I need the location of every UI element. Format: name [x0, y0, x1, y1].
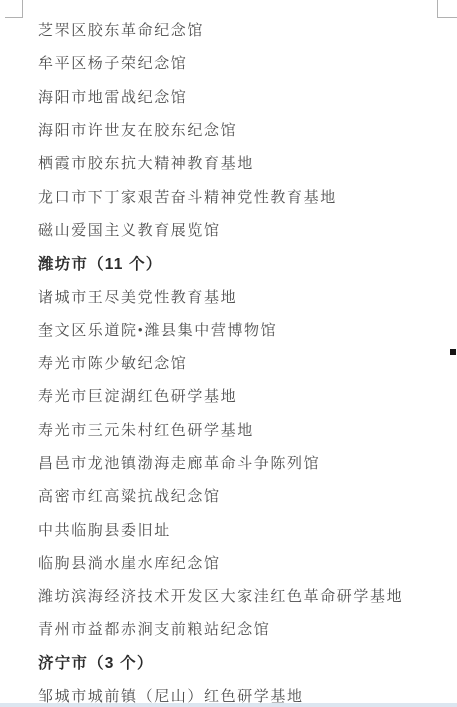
text-boundary-corner-left-icon — [5, 0, 23, 18]
list-item: 奎文区乐道院•潍县集中营博物馆 — [38, 313, 457, 346]
list-item: 昌邑市龙池镇渤海走廊革命斗争陈列馆 — [38, 446, 457, 479]
list-item: 寿光市巨淀湖红色研学基地 — [38, 379, 457, 412]
list-item: 栖霞市胶东抗大精神教育基地 — [38, 146, 457, 179]
list-item: 芝罘区胶东革命纪念馆 — [38, 13, 457, 46]
list-item: 青州市益都赤涧支前粮站纪念馆 — [38, 612, 457, 645]
list-item: 中共临朐县委旧址 — [38, 512, 457, 545]
list-item: 磁山爱国主义教育展览馆 — [38, 213, 457, 246]
list-item: 临朐县淌水崖水库纪念馆 — [38, 546, 457, 579]
anchor-square-marker — [450, 349, 456, 355]
list-item: 高密市红高粱抗战纪念馆 — [38, 479, 457, 512]
section-heading: 济宁市（3 个） — [38, 646, 457, 679]
list-item: 潍坊滨海经济技术开发区大家洼红色革命研学基地 — [38, 579, 457, 612]
list-item: 寿光市三元朱村红色研学基地 — [38, 413, 457, 446]
document-body: 芝罘区胶东革命纪念馆牟平区杨子荣纪念馆海阳市地雷战纪念馆海阳市许世友在胶东纪念馆… — [38, 13, 457, 707]
list-item: 诸城市王尽美党性教育基地 — [38, 279, 457, 312]
section-heading: 潍坊市（11 个） — [38, 246, 457, 279]
bottom-divider — [0, 703, 457, 707]
list-item: 龙口市下丁家艰苦奋斗精神党性教育基地 — [38, 179, 457, 212]
list-item: 海阳市地雷战纪念馆 — [38, 80, 457, 113]
document-page: { "document": { "items": [ { "type": "it… — [0, 0, 457, 707]
list-item: 海阳市许世友在胶东纪念馆 — [38, 113, 457, 146]
list-item: 牟平区杨子荣纪念馆 — [38, 46, 457, 79]
list-item: 寿光市陈少敏纪念馆 — [38, 346, 457, 379]
